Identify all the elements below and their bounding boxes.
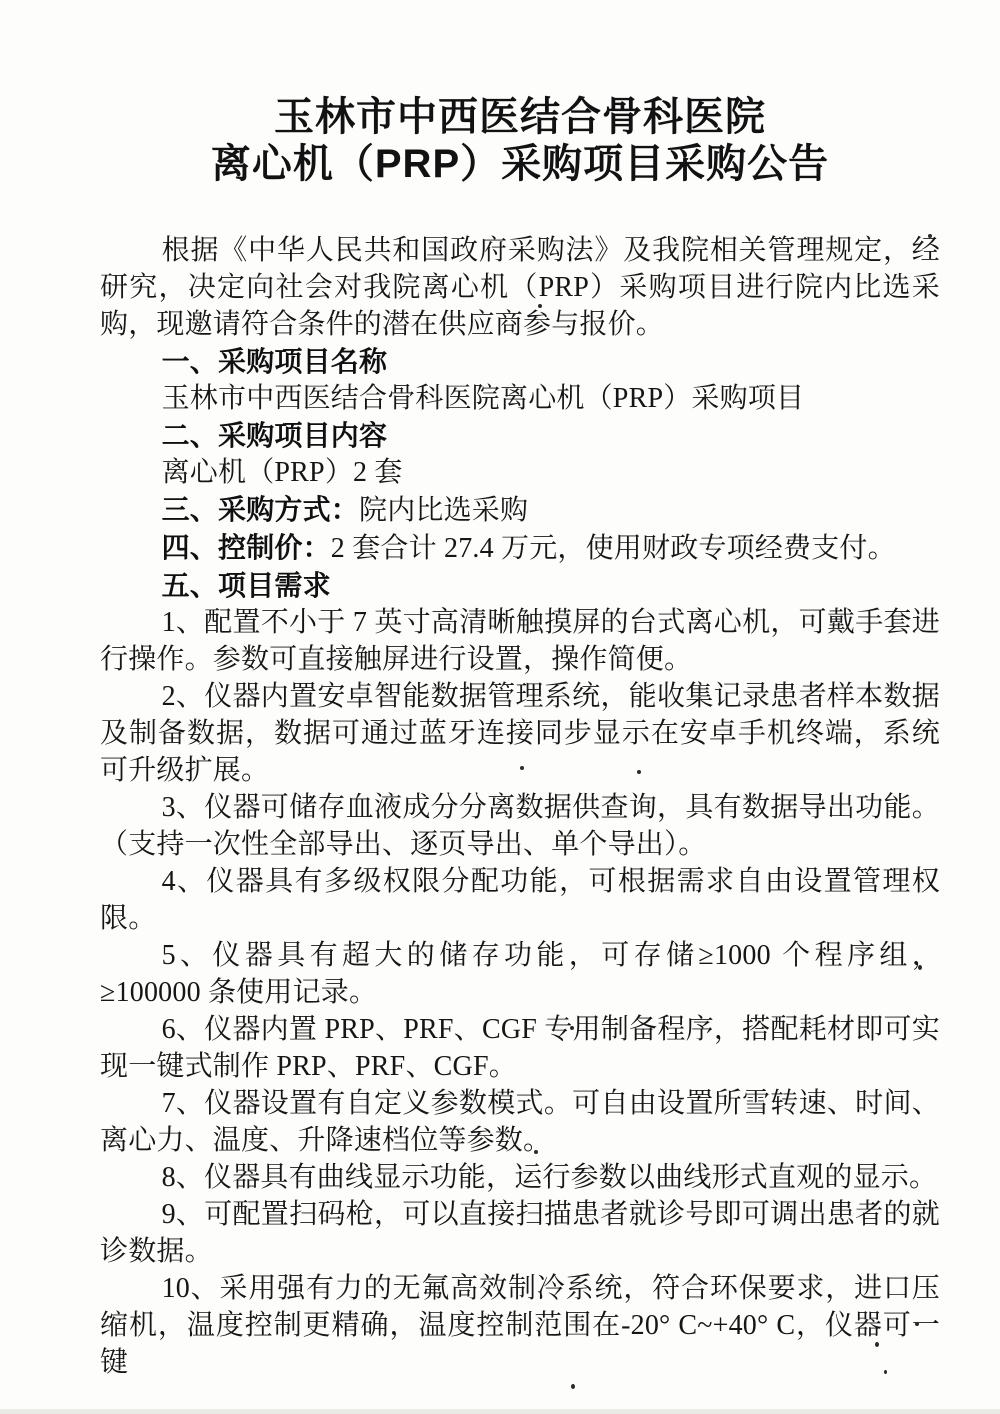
intro-paragraph: 根据《中华人民共和国政府采购法》及我院相关管理规定，经研究，决定向社会对我院离心… [100, 232, 940, 343]
section-body-project-name: 玉林市中西医结合骨科医院离心机（PRP）采购项目 [100, 380, 940, 417]
scan-speck [875, 1342, 879, 1347]
scan-speck [915, 1322, 919, 1326]
document-title-line-1: 玉林市中西医结合骨科医院 [100, 94, 940, 141]
scan-speck [918, 965, 922, 970]
scanned-document-page: 玉林市中西医结合骨科医院 离心机（PRP）采购项目采购公告 根据《中华人民共和国… [0, 0, 1000, 1414]
requirement-item-6: 6、仪器内置 PRP、PRF、CGF 专用制备程序，搭配耗材即可实现一键式制作 … [100, 1011, 940, 1085]
section-heading-project-requirements: 五、项目需求 [100, 567, 940, 604]
section-control-price-value: 2 套合计 27.4 万元，使用财政专项经费支付。 [331, 533, 896, 564]
section-heading-project-name: 一、采购项目名称 [100, 343, 940, 380]
section-control-price: 四、控制价：2 套合计 27.4 万元，使用财政专项经费支付。 [100, 529, 940, 567]
document-content: 玉林市中西医结合骨科医院 离心机（PRP）采购项目采购公告 根据《中华人民共和国… [0, 0, 1000, 1381]
section-control-price-label: 四、控制价： [162, 532, 331, 563]
document-title: 玉林市中西医结合骨科医院 离心机（PRP）采购项目采购公告 [100, 94, 940, 188]
requirement-item-2: 2、仪器内置安卓智能数据管理系统，能收集记录患者样本数据及制备数据，数据可通过蓝… [100, 678, 940, 789]
requirement-item-8: 8、仪器具有曲线显示功能，运行参数以曲线形式直观的显示。 [100, 1159, 940, 1196]
scan-speck [884, 1370, 887, 1374]
scan-speck [637, 770, 641, 774]
requirement-item-7: 7、仪器设置有自定义参数模式。可自由设置所雪转速、时间、离心力、温度、升降速档位… [100, 1085, 940, 1159]
scan-speck [928, 234, 932, 238]
section-heading-project-content: 二、采购项目内容 [100, 417, 940, 454]
scan-speck [570, 1026, 574, 1030]
scan-speck [571, 1384, 575, 1389]
document-title-line-2: 离心机（PRP）采购项目采购公告 [100, 141, 940, 188]
requirement-item-5: 5、仪器具有超大的储存功能，可存储≥1000 个程序组，≥100000 条使用记… [100, 937, 940, 1011]
requirement-item-9: 9、可配置扫码枪，可以直接扫描患者就诊号即可调出患者的就诊数据。 [100, 1196, 940, 1270]
section-body-project-content: 离心机（PRP）2 套 [100, 454, 940, 491]
scan-speck [520, 766, 524, 770]
scan-speck [534, 1150, 538, 1154]
requirement-item-1: 1、配置不小于 7 英寸高清晰触摸屏的台式离心机，可戴手套进行操作。参数可直接触… [100, 604, 940, 678]
scan-speck [538, 304, 542, 308]
requirement-item-3: 3、仪器可储存血液成分分离数据供查询，具有数据导出功能。（支持一次性全部导出、逐… [100, 789, 940, 863]
section-procurement-method-value: 院内比选采购 [359, 495, 528, 526]
requirement-item-4: 4、仪器具有多级权限分配功能，可根据需求自由设置管理权限。 [100, 863, 940, 937]
requirement-item-10: 10、采用强有力的无氟高效制冷系统，符合环保要求，进口压缩机，温度控制更精确，温… [100, 1270, 940, 1381]
section-procurement-method: 三、采购方式：院内比选采购 [100, 491, 940, 529]
section-procurement-method-label: 三、采购方式： [162, 494, 359, 525]
scan-bottom-edge [0, 1409, 1000, 1414]
